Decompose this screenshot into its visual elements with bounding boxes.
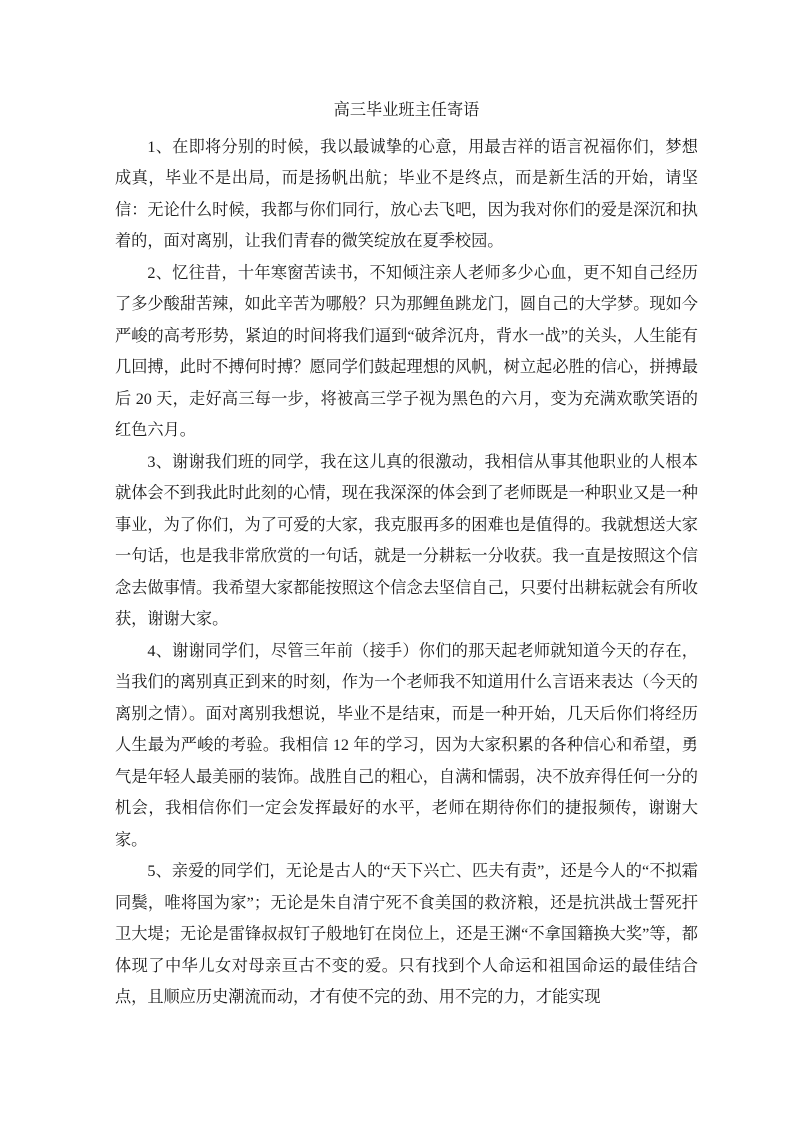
document-content: 高三毕业班主任寄语 1、在即将分别的时候，我以最诚挚的心意，用最吉祥的语言祝福你… [115,95,698,1014]
document-title: 高三毕业班主任寄语 [115,95,698,127]
document-page: 高三毕业班主任寄语 1、在即将分别的时候，我以最诚挚的心意，用最吉祥的语言祝福你… [0,0,793,1122]
paragraph-5: 5、亲爱的同学们，无论是古人的“天下兴亡、匹夫有责”，还是今人的“不拟霜同鬓，唯… [115,856,698,1014]
paragraph-2: 2、忆往昔，十年寒窗苦读书，不知倾注亲人老师多少心血，更不知自己经历了多少酸甜苦… [115,258,698,447]
paragraph-1: 1、在即将分别的时候，我以最诚挚的心意，用最吉祥的语言祝福你们，梦想成真，毕业不… [115,132,698,258]
paragraph-3: 3、谢谢我们班的同学，我在这儿真的很激动，我相信从事其他职业的人根本就体会不到我… [115,447,698,636]
paragraph-4: 4、谢谢同学们，尽管三年前（接手）你们的那天起老师就知道今天的存在，当我们的离别… [115,636,698,857]
